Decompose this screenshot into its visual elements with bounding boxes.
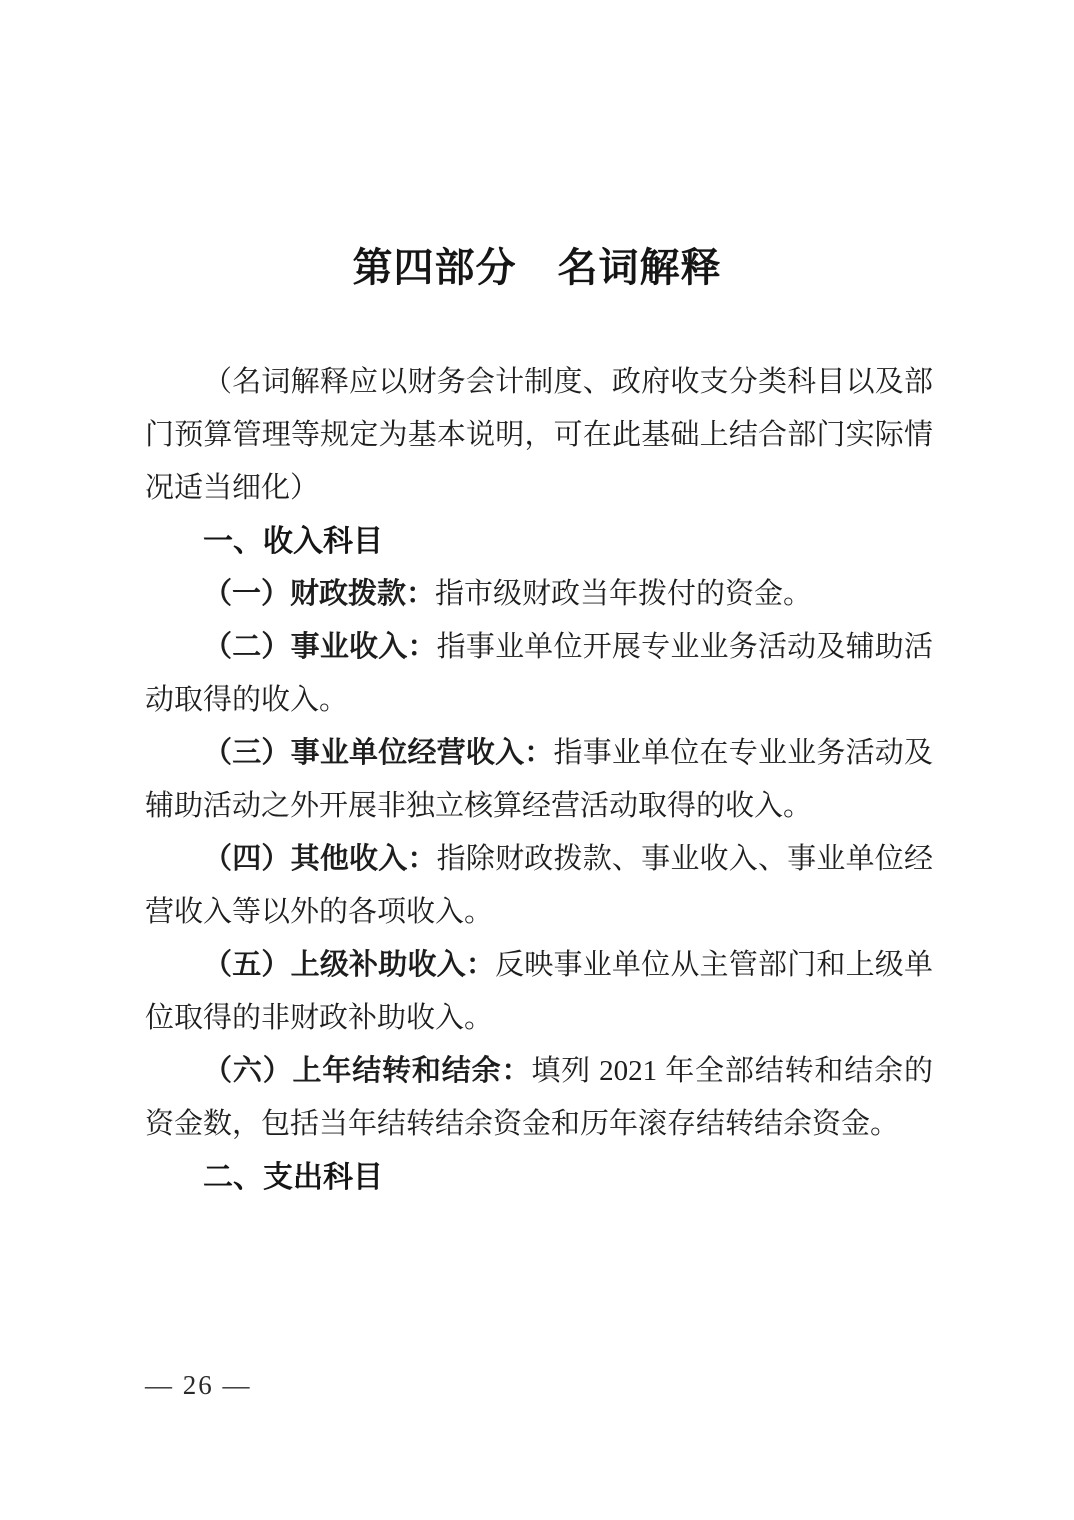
item-lead: （四）其他收入： [203,843,437,875]
section-heading-expenditure: 二、支出科目 [145,1151,933,1204]
item-lead: （三）事业单位经营收入： [203,737,554,769]
glossary-item-superior-subsidy-income: （五）上级补助收入：反映事业单位从主管部门和上级单位取得的非财政补助收入。 [145,939,933,1045]
glossary-item-carryover-surplus: （六）上年结转和结余：填列 2021 年全部结转和结余的资金数，包括当年结转结余… [145,1045,933,1151]
document-body: （名词解释应以财务会计制度、政府收支分类科目以及部门预算管理等规定为基本说明，可… [145,356,933,1204]
glossary-item-other-income: （四）其他收入：指除财政拨款、事业收入、事业单位经营收入等以外的各项收入。 [145,833,933,939]
document-title: 第四部分 名词解释 [0,240,1074,296]
item-lead: （一）财政拨款： [203,578,435,610]
document-page: 第四部分 名词解释 （名词解释应以财务会计制度、政府收支分类科目以及部门预算管理… [0,0,1074,1520]
item-lead: （五）上级补助收入： [203,949,495,981]
glossary-item-fiscal-appropriation: （一）财政拨款：指市级财政当年拨付的资金。 [145,568,933,621]
item-lead: （六）上年结转和结余： [203,1055,531,1087]
intro-paragraph: （名词解释应以财务会计制度、政府收支分类科目以及部门预算管理等规定为基本说明，可… [145,356,933,515]
item-text: 指市级财政当年拨付的资金。 [435,578,812,610]
item-lead: （二）事业收入： [203,631,437,663]
section-heading-income: 一、收入科目 [145,515,933,568]
glossary-item-business-operating-income: （三）事业单位经营收入：指事业单位在专业业务活动及辅助活动之外开展非独立核算经营… [145,727,933,833]
glossary-item-operating-income: （二）事业收入：指事业单位开展专业业务活动及辅助活动取得的收入。 [145,621,933,727]
page-number: — 26 — [145,1368,252,1402]
